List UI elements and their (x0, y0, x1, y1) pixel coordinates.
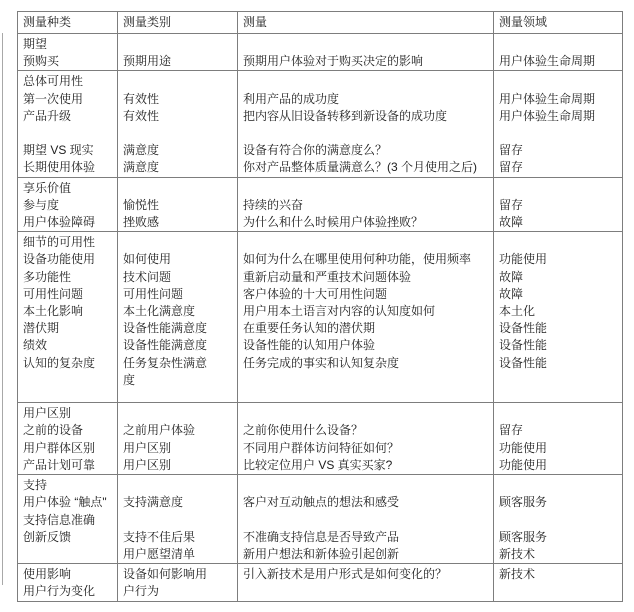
header-measure-area: 测量领域 (494, 12, 623, 34)
cell-measure-category: 支持满意度 支持不佳后果 用户愿望清单 (118, 475, 238, 564)
cell-measure: 引入新技术是用户形式是如何变化的？ (238, 564, 494, 601)
cell-measure-category: 设备如何影响用 户行为 (118, 564, 238, 601)
cell-measure: 之前你使用什么设备？ 不同用户群体访问特征如何？ 比较定位用户 VS 真实买家? (238, 403, 494, 475)
header-measure-kind: 测量种类 (18, 12, 118, 34)
cell-measure-kind: 用户区别 之前的设备 用户群体区别 产品计划可靠 (18, 403, 118, 475)
page: 测量种类 测量类别 测量 测量领域 期望 预购买 预期用途 预期用户体验对于购买… (0, 0, 634, 612)
cell-measure: 客户对互动触点的想法和感受 不准确支持信息是否导致产品 新用户想法和新体验引起创… (238, 475, 494, 564)
table-row-user-segmentation: 用户区别 之前的设备 用户群体区别 产品计划可靠 之前用户体验 用户区别 用户区… (18, 403, 623, 475)
table-row-expectation: 期望 预购买 预期用途 预期用户体验对于购买决定的影响 用户体验生命周期 (18, 34, 623, 71)
cell-measure: 持续的兴奋 为什么和什么时候用户体验挫败？ (238, 177, 494, 232)
cell-measure-kind: 细节的可用性 设备功能使用 多功能性 可用性问题 本土化影响 潜伏期 绩效 认知… (18, 232, 118, 403)
cell-measure-area: 用户体验生命周期 用户体验生命周期 留存 留存 (494, 71, 623, 177)
cell-measure: 利用产品的成功度 把内容从旧设备转移到新设备的成功度 设备有符合你的满意度么？ … (238, 71, 494, 177)
cell-measure-category: 之前用户体验 用户区别 用户区别 (118, 403, 238, 475)
cell-measure-area: 用户体验生命周期 (494, 34, 623, 71)
header-measure-category: 测量类别 (118, 12, 238, 34)
table-row-hedonic-value: 享乐价值 参与度 用户体验障碍 愉悦性 挫败感 持续的兴奋 为什么和什么时候用户… (18, 177, 623, 232)
cell-measure: 预期用户体验对于购买决定的影响 (238, 34, 494, 71)
cell-measure-area: 留存 功能使用 功能使用 (494, 403, 623, 475)
cell-measure-kind: 支持 用户体验 “触点" 支持信息准确 创新反馈 (18, 475, 118, 564)
table-row-support: 支持 用户体验 “触点" 支持信息准确 创新反馈 支持满意度 支持不佳后果 用户… (18, 475, 623, 564)
cell-measure-category: 有效性 有效性 满意度 满意度 (118, 71, 238, 177)
table-row-overall-usability: 总体可用性 第一次使用 产品升级 期望 VS 现实 长期使用体验 有效性 有效性… (18, 71, 623, 177)
cell-measure-kind: 总体可用性 第一次使用 产品升级 期望 VS 现实 长期使用体验 (18, 71, 118, 177)
cell-measure: 如何为什么在哪里使用何种功能，使用频率 重新启动量和严重技术问题体验 客户体验的… (238, 232, 494, 403)
table-header-row: 测量种类 测量类别 测量 测量领域 (18, 12, 623, 34)
cell-measure-area: 留存 故障 (494, 177, 623, 232)
header-measure: 测量 (238, 12, 494, 34)
cell-measure-kind: 享乐价值 参与度 用户体验障碍 (18, 177, 118, 232)
table-row-usage-impact: 使用影响 用户行为变化 设备如何影响用 户行为 引入新技术是用户形式是如何变化的… (18, 564, 623, 601)
cell-measure-category: 愉悦性 挫败感 (118, 177, 238, 232)
cell-measure-kind: 期望 预购买 (18, 34, 118, 71)
cell-measure-category: 如何使用 技术问题 可用性问题 本土化满意度 设备性能满意度 设备性能满意度 任… (118, 232, 238, 403)
cell-measure-category: 预期用途 (118, 34, 238, 71)
cell-measure-area: 功能使用 故障 故障 本土化 设备性能 设备性能 设备性能 (494, 232, 623, 403)
cell-measure-kind: 使用影响 用户行为变化 (18, 564, 118, 601)
ux-measurement-table: 测量种类 测量类别 测量 测量领域 期望 预购买 预期用途 预期用户体验对于购买… (17, 11, 623, 602)
cell-measure-area: 顾客服务 顾客服务 新技术 (494, 475, 623, 564)
cell-measure-area: 新技术 (494, 564, 623, 601)
table-row-detailed-usability: 细节的可用性 设备功能使用 多功能性 可用性问题 本土化影响 潜伏期 绩效 认知… (18, 232, 623, 403)
left-edge-border-artifact (2, 33, 3, 585)
